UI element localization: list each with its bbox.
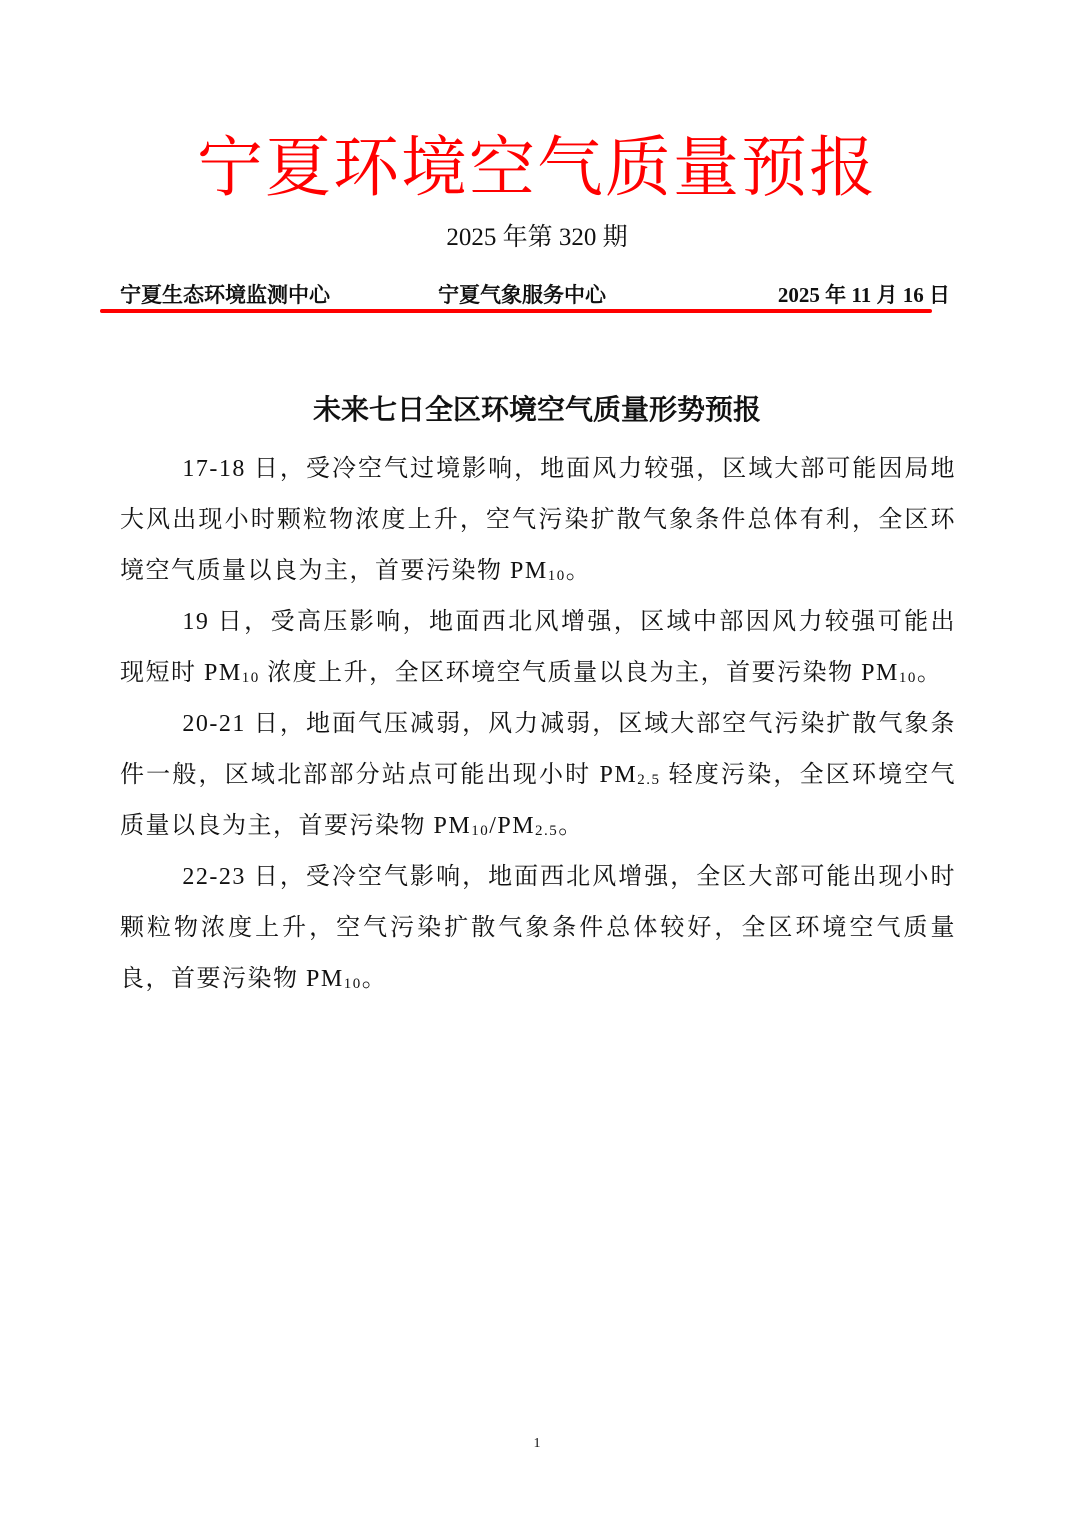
paragraph-text: 22-23 日，受冷空气影响，地面西北风增强，全区大部可能出现小时颗粒物浓度上升… bbox=[120, 864, 956, 992]
forecast-body: 17-18 日，受冷空气过境影响，地面风力较强，区域大部可能因局地大风出现小时颗… bbox=[120, 444, 956, 1005]
paragraph-text: /PM bbox=[489, 813, 535, 839]
forecast-paragraph-20-21: 20-21 日，地面气压减弱，风力减弱，区域大部空气污染扩散气象条件一般，区域北… bbox=[120, 699, 956, 852]
page-number: 1 bbox=[0, 1436, 1074, 1452]
publisher-environment-center: 宁夏生态环境监测中心 bbox=[120, 278, 330, 312]
publisher-weather-center: 宁夏气象服务中心 bbox=[438, 278, 606, 312]
subscript: 2.5 bbox=[637, 772, 660, 788]
masthead-divider bbox=[100, 309, 932, 313]
paragraph-text: 浓度上升，全区环境空气质量以良为主，首要污染物 PM bbox=[260, 660, 899, 686]
issue-number: 2025 年第 320 期 bbox=[0, 218, 1074, 258]
publish-date: 2025 年 11 月 16 日 bbox=[778, 278, 950, 312]
paragraph-text: 。 bbox=[566, 558, 592, 584]
publisher-row: 宁夏生态环境监测中心 宁夏气象服务中心 2025 年 11 月 16 日 bbox=[120, 278, 950, 312]
masthead-title: 宁夏环境空气质量预报 bbox=[0, 128, 1074, 208]
subscript: 10 bbox=[899, 670, 917, 686]
forecast-paragraph-22-23: 22-23 日，受冷空气影响，地面西北风增强，全区大部可能出现小时颗粒物浓度上升… bbox=[120, 852, 956, 1005]
subscript: 10 bbox=[242, 670, 260, 686]
paragraph-text: 17-18 日，受冷空气过境影响，地面风力较强，区域大部可能因局地大风出现小时颗… bbox=[120, 456, 956, 584]
subscript: 10 bbox=[344, 976, 362, 992]
paragraph-text: 。 bbox=[362, 966, 388, 992]
subscript: 10 bbox=[471, 823, 489, 839]
forecast-paragraph-19: 19 日，受高压影响，地面西北风增强，区域中部因风力较强可能出现短时 PM10 … bbox=[120, 597, 956, 699]
forecast-paragraph-17-18: 17-18 日，受冷空气过境影响，地面风力较强，区域大部可能因局地大风出现小时颗… bbox=[120, 444, 956, 597]
section-title: 未来七日全区环境空气质量形势预报 bbox=[0, 390, 1074, 430]
paragraph-text: 。 bbox=[917, 660, 943, 686]
subscript: 2.5 bbox=[535, 823, 558, 839]
paragraph-text: 。 bbox=[558, 813, 584, 839]
subscript: 10 bbox=[548, 568, 566, 584]
